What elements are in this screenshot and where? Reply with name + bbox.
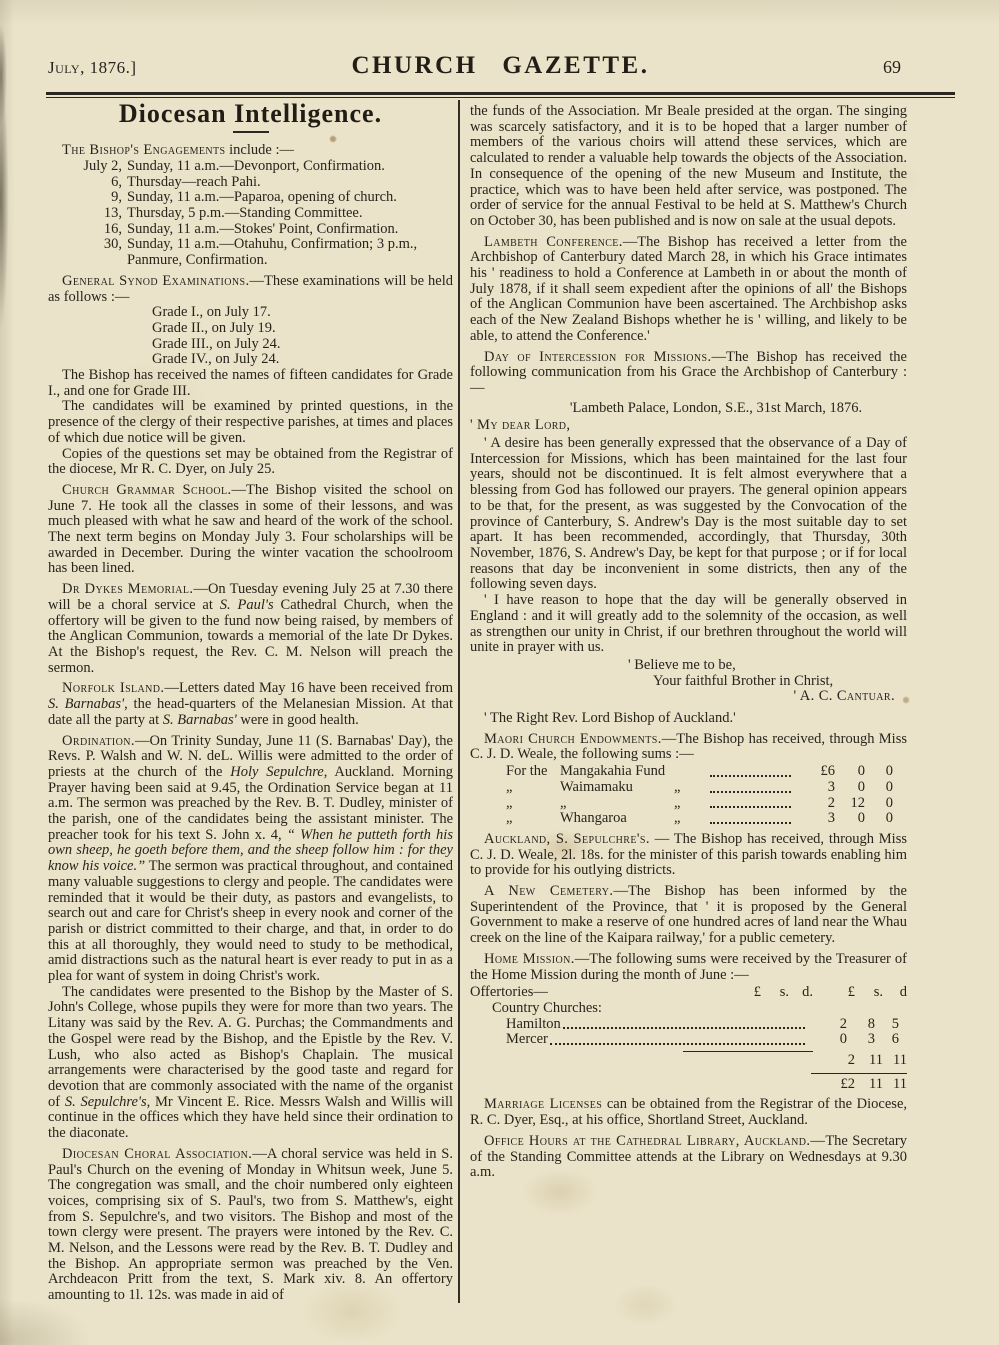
section-ordination: Ordination.—On Trinity Sunday, June 11 (… bbox=[48, 734, 453, 1142]
currency-header-col2: £s.d bbox=[821, 985, 907, 1001]
subtotal-rule bbox=[683, 1051, 813, 1052]
section-heading: General Synod Examinations. bbox=[62, 273, 250, 289]
masthead-title: Diocesan Intelligence. bbox=[48, 106, 453, 122]
engagement-item: 13,Thursday, 5 p.m.—Standing Committee. bbox=[48, 206, 453, 222]
newspaper-title: CHURCH GAZETTE. bbox=[248, 52, 753, 80]
letter-paragraph: ' A desire has been generally expressed … bbox=[470, 436, 907, 593]
section-heading-line: Lambeth Conference.—The Bishop has recei… bbox=[470, 235, 907, 345]
section-heading: Diocesan Choral Association. bbox=[62, 1146, 252, 1162]
section-heading: Church Grammar School. bbox=[62, 482, 232, 498]
total-rule bbox=[811, 1073, 907, 1074]
letter-paragraph: ' I have reason to hope that the day wil… bbox=[470, 593, 907, 656]
dotted-leader bbox=[710, 806, 791, 808]
section-heading-line: Church Grammar School.—The Bishop visite… bbox=[48, 483, 453, 577]
dotted-leader bbox=[550, 1043, 805, 1045]
section-dykes-memorial: Dr Dykes Memorial.—On Tuesday evening Ju… bbox=[48, 582, 453, 676]
country-churches-label: Country Churches: bbox=[470, 1001, 907, 1017]
dotted-leader bbox=[710, 791, 791, 793]
paragraph: Copies of the questions set may be obtai… bbox=[48, 447, 453, 478]
grade-line: Grade I., on July 17. bbox=[48, 305, 453, 321]
endowments-table: For theMangakahia Fund£600 „Waimamaku„30… bbox=[470, 764, 907, 827]
table-header-row: Offertories— £s.d. £s.d bbox=[470, 985, 907, 1001]
masthead-dash-rule bbox=[233, 131, 269, 134]
section-heading: Day of Intercession for Missions. bbox=[484, 349, 712, 365]
scanned-newspaper-page: July, 1876.] CHURCH GAZETTE. 69 Diocesan… bbox=[0, 0, 999, 1345]
subtotal-row: 21111 bbox=[470, 1053, 907, 1069]
section-office-hours: Office Hours at the Cathedral Library, A… bbox=[470, 1134, 907, 1181]
section-heading-line: Office Hours at the Cathedral Library, A… bbox=[470, 1134, 907, 1181]
section-heading: The Bishop's Engagements bbox=[62, 142, 226, 158]
letter-dateline: 'Lambeth Palace, London, S.E., 31st Marc… bbox=[470, 401, 907, 417]
letter-closing: ' Believe me to be, bbox=[470, 658, 907, 674]
section-heading: Dr Dykes Memorial. bbox=[62, 581, 193, 597]
grade-line: Grade II., on July 19. bbox=[48, 321, 453, 337]
right-column: the funds of the Association. Mr Beale p… bbox=[470, 104, 907, 1181]
dotted-leader bbox=[710, 775, 791, 777]
paragraph: The candidates were presented to the Bis… bbox=[48, 985, 453, 1142]
section-heading-line: General Synod Examinations.—These examin… bbox=[48, 274, 453, 305]
table-row: Mercer 036 bbox=[470, 1032, 907, 1048]
column-divider-rule bbox=[458, 100, 460, 1303]
table-row: „Whangaroa„300 bbox=[470, 811, 907, 827]
total-row: £21111 bbox=[470, 1077, 907, 1093]
section-maori-endowments: Maori Church Endowments.—The Bishop has … bbox=[470, 732, 907, 827]
table-row: For theMangakahia Fund£600 bbox=[470, 764, 907, 780]
issue-date: July, 1876.] bbox=[48, 58, 248, 78]
engagement-item: 6,Thursday—reach Pahi. bbox=[48, 175, 453, 191]
section-heading-line: A New Cemetery.—The Bishop has been info… bbox=[470, 884, 907, 947]
section-heading: Lambeth Conference. bbox=[484, 234, 623, 250]
section-auckland-sepulchres: Auckland, S. Sepulchre's. — The Bishop h… bbox=[470, 832, 907, 879]
letter-signature: ' A. C. Cantuar. bbox=[470, 689, 907, 705]
section-home-mission: Home Mission.—The following sums were re… bbox=[470, 952, 907, 1093]
continued-paragraph: the funds of the Association. Mr Beale p… bbox=[470, 104, 907, 230]
section-heading-line: Day of Intercession for Missions.—The Bi… bbox=[470, 350, 907, 397]
section-heading: Norfolk Island. bbox=[62, 680, 164, 696]
section-heading-line: Norfolk Island.—Letters dated May 16 hav… bbox=[48, 681, 453, 728]
section-heading-line: Marriage Licenses can be obtained from t… bbox=[470, 1097, 907, 1128]
section-heading: Auckland, S. Sepulchre's. bbox=[484, 831, 650, 847]
section-grammar-school: Church Grammar School.—The Bishop visite… bbox=[48, 483, 453, 577]
section-norfolk-island: Norfolk Island.—Letters dated May 16 hav… bbox=[48, 681, 453, 728]
section-heading-line: The Bishop's Engagements include :— bbox=[48, 143, 453, 159]
section-new-cemetery: A New Cemetery.—The Bishop has been info… bbox=[470, 884, 907, 947]
section-heading-line: Diocesan Choral Association.—A choral se… bbox=[48, 1147, 453, 1304]
section-synod-examinations: General Synod Examinations.—These examin… bbox=[48, 274, 453, 478]
offertories-label: Offertories— bbox=[470, 985, 727, 1001]
dotted-leader bbox=[563, 1027, 805, 1029]
section-heading: Maori Church Endowments. bbox=[484, 731, 662, 747]
table-row: Hamilton 285 bbox=[470, 1017, 907, 1033]
currency-header-col1: £s.d. bbox=[727, 985, 813, 1001]
grade-line: Grade IV., on July 24. bbox=[48, 352, 453, 368]
section-marriage-licenses: Marriage Licenses can be obtained from t… bbox=[470, 1097, 907, 1128]
section-heading-line: Maori Church Endowments.—The Bishop has … bbox=[470, 732, 907, 763]
left-column: Diocesan Intelligence. The Bishop's Enga… bbox=[48, 104, 453, 1304]
engagement-item: 30,Sunday, 11 a.m.—Otahuhu, Confirmation… bbox=[48, 237, 453, 268]
page-number: 69 bbox=[753, 57, 953, 78]
section-heading-line: Ordination.—On Trinity Sunday, June 11 (… bbox=[48, 734, 453, 985]
paragraph: The candidates will be examined by print… bbox=[48, 399, 453, 446]
letter-salutation: ' My dear Lord, bbox=[470, 418, 907, 434]
header-double-rule bbox=[46, 92, 955, 98]
engagement-item: July 2,Sunday, 11 a.m.—Devonport, Confir… bbox=[48, 159, 453, 175]
engagement-item: 9,Sunday, 11 a.m.—Paparoa, opening of ch… bbox=[48, 190, 453, 206]
table-row: „Waimamaku„300 bbox=[470, 780, 907, 796]
section-heading-line: Auckland, S. Sepulchre's. — The Bishop h… bbox=[470, 832, 907, 879]
grade-line: Grade III., on July 24. bbox=[48, 337, 453, 353]
section-heading-line: Home Mission.—The following sums were re… bbox=[470, 952, 907, 983]
section-heading: Home Mission. bbox=[484, 951, 575, 967]
page-header: July, 1876.] CHURCH GAZETTE. 69 bbox=[48, 52, 953, 80]
section-heading: Office Hours at the Cathedral Library, A… bbox=[484, 1133, 825, 1149]
paragraph: The Bishop has received the names of fif… bbox=[48, 368, 453, 399]
letter-closing: Your faithful Brother in Christ, bbox=[470, 674, 907, 690]
section-bishops-engagements: The Bishop's Engagements include :— July… bbox=[48, 143, 453, 269]
section-heading-line: Dr Dykes Memorial.—On Tuesday evening Ju… bbox=[48, 582, 453, 676]
section-heading: A New Cemetery. bbox=[484, 883, 613, 899]
letter-addressee: ' The Right Rev. Lord Bishop of Auckland… bbox=[470, 711, 907, 727]
dotted-leader bbox=[710, 822, 791, 824]
section-day-of-intercession: Day of Intercession for Missions.—The Bi… bbox=[470, 350, 907, 727]
section-heading: Ordination. bbox=[62, 733, 135, 749]
section-choral-association: Diocesan Choral Association.—A choral se… bbox=[48, 1147, 453, 1304]
section-heading: Marriage Licenses bbox=[484, 1096, 602, 1112]
table-row: „„„2120 bbox=[470, 796, 907, 812]
section-lambeth-conference: Lambeth Conference.—The Bishop has recei… bbox=[470, 235, 907, 345]
engagement-item: 16,Sunday, 11 a.m.—Stokes' Point, Confir… bbox=[48, 222, 453, 238]
